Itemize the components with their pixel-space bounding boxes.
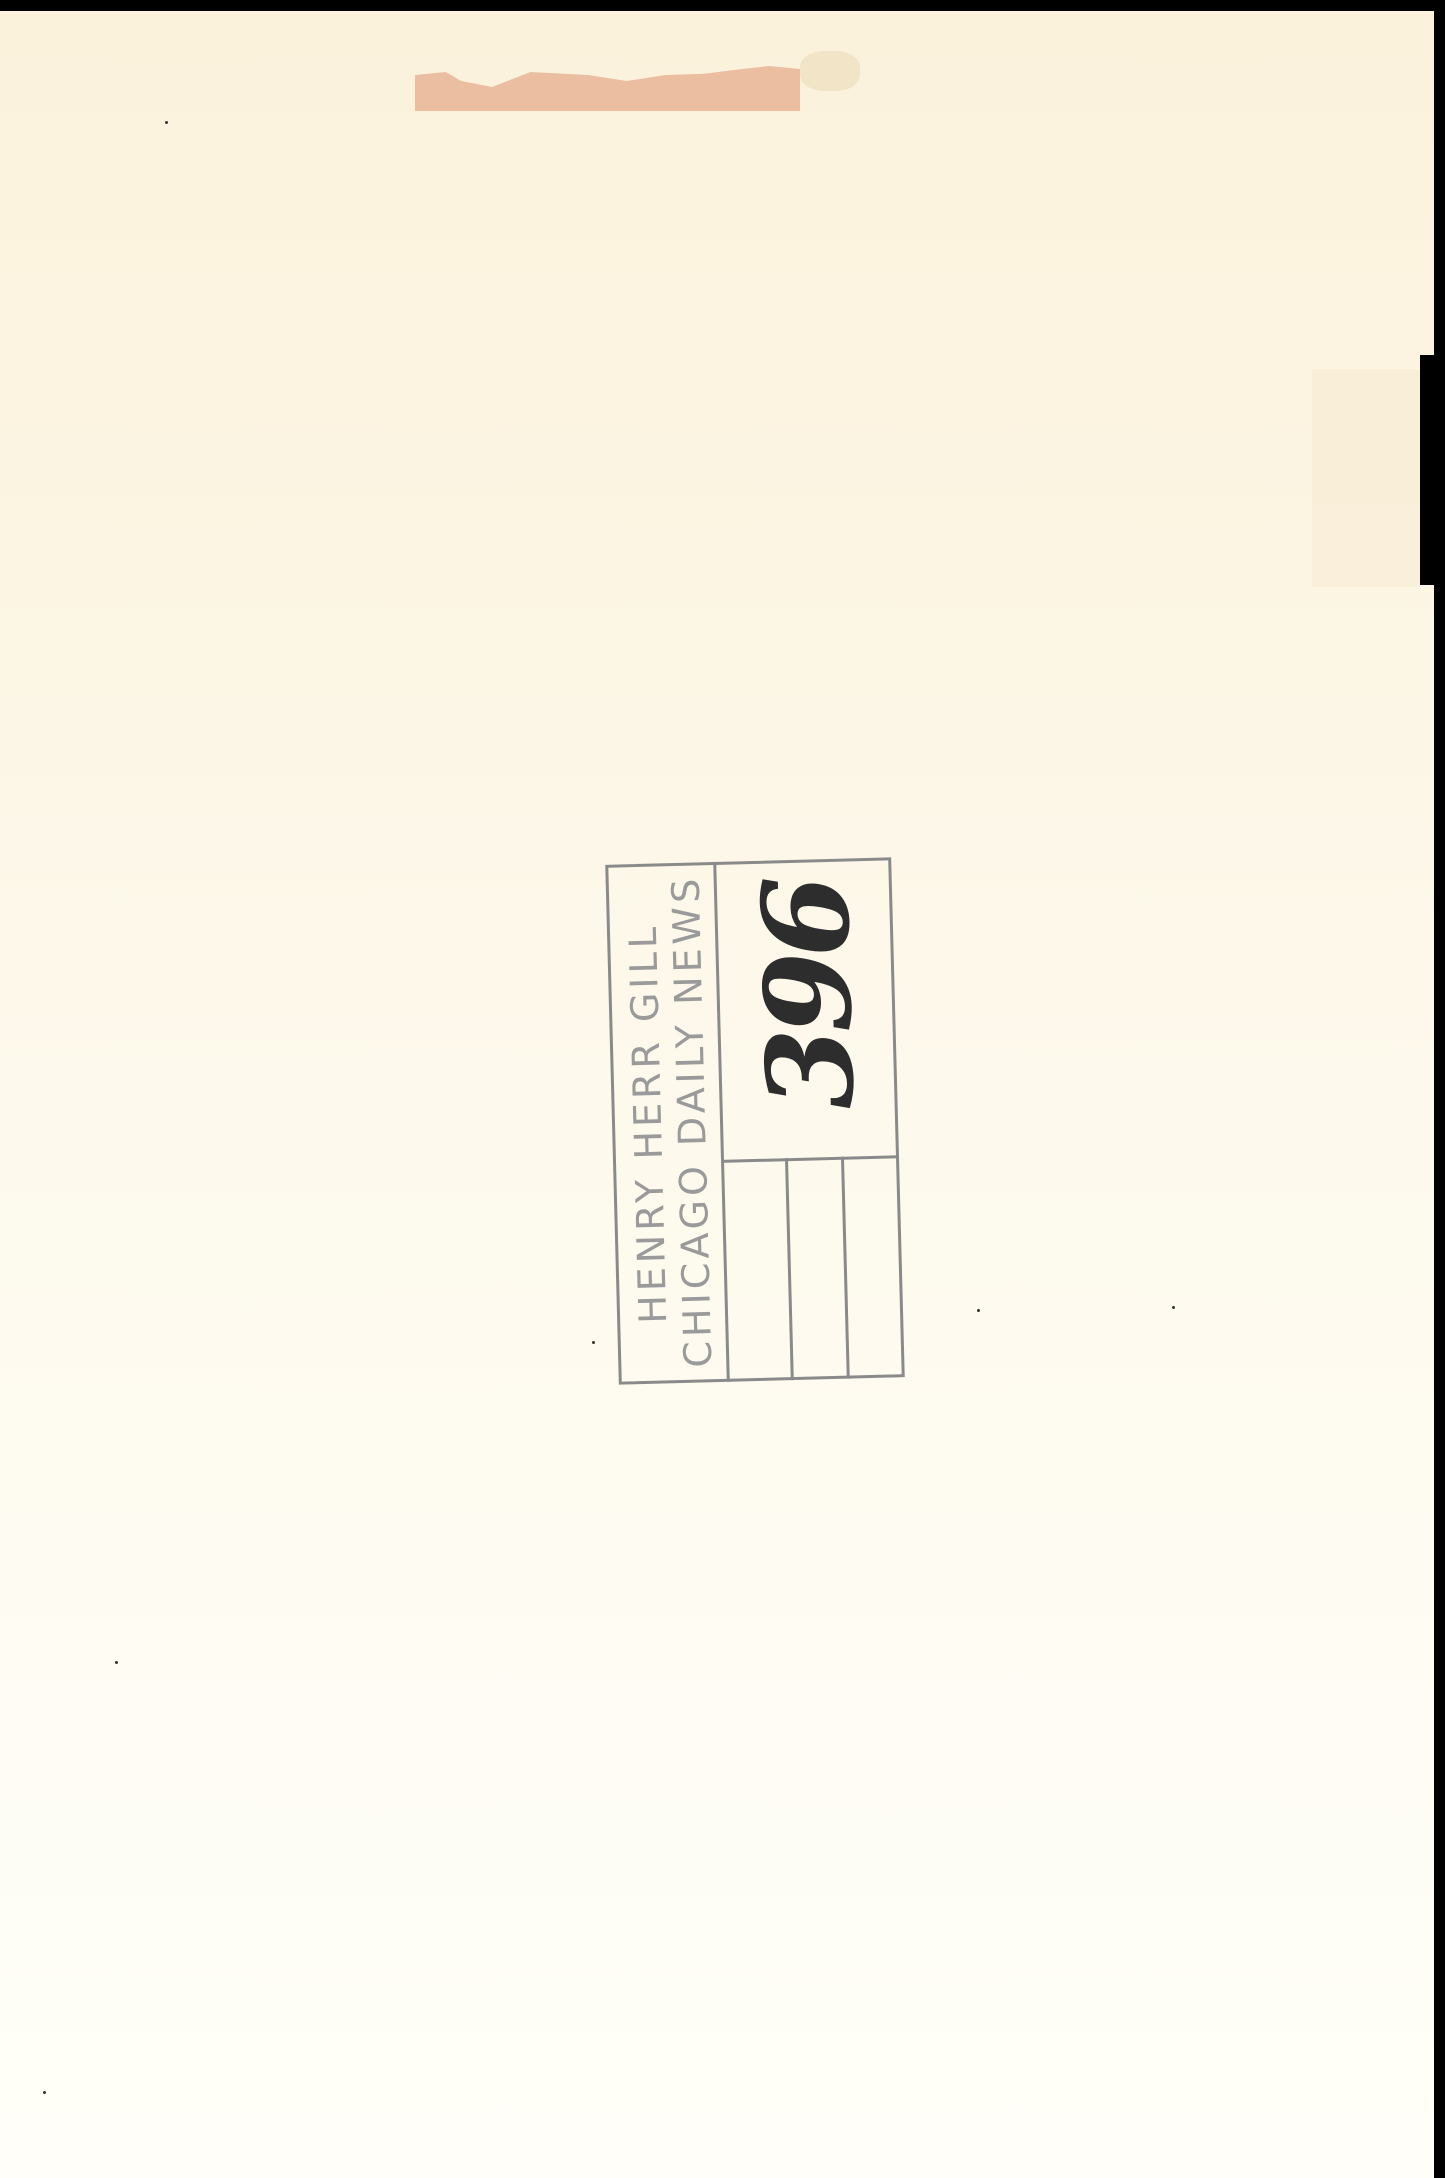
handwritten-number: 396 <box>736 879 881 1111</box>
speck <box>43 2091 46 2094</box>
speck <box>115 1661 118 1664</box>
tape-residue-light <box>800 51 860 91</box>
archive-stamp: HENRY HERR GILL CHICAGO DAILY NEWS 396 <box>605 857 905 1384</box>
tape-residue-stain <box>415 51 800 111</box>
paper-discoloration <box>1312 369 1420 587</box>
speck <box>165 121 168 124</box>
speck <box>592 1341 595 1344</box>
speck <box>1172 1306 1175 1309</box>
photo-back-paper: HENRY HERR GILL CHICAGO DAILY NEWS 396 <box>0 11 1434 2178</box>
scan-border <box>1420 355 1445 585</box>
stamp-text-block: HENRY HERR GILL CHICAGO DAILY NEWS <box>605 862 727 1385</box>
speck <box>977 1309 980 1312</box>
